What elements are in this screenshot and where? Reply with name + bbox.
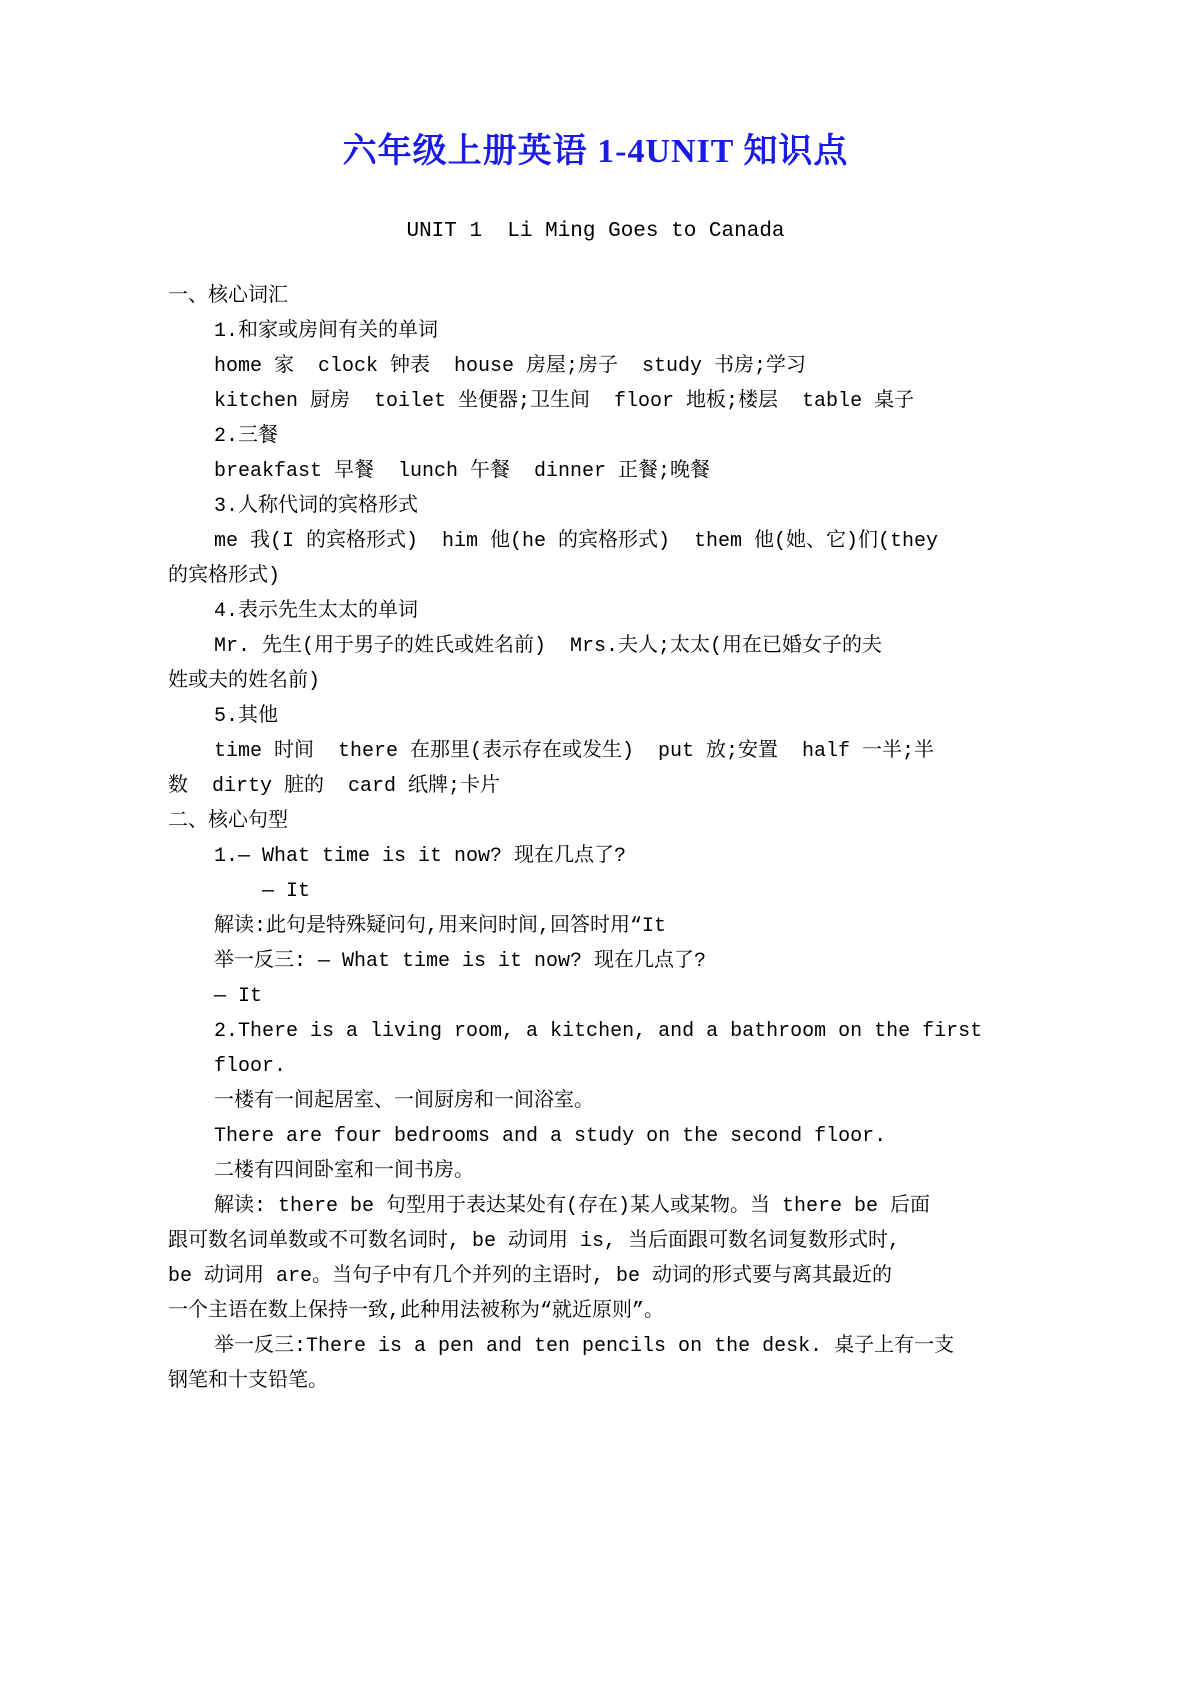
text-line: Mr. 先生(用于男子的姓氏或姓名前) Mrs.夫人;太太(用在已婚女子的夫 [168,629,1041,664]
text-line: 1.和家或房间有关的单词 [168,314,1041,349]
text-line: 2.三餐 [168,419,1041,454]
text-line: — It [168,979,1041,1014]
text-line: — It [168,874,1041,909]
text-line: 钢笔和十支铅笔。 [168,1364,1041,1399]
text-line: 举一反三:There is a pen and ten pencils on t… [168,1329,1041,1364]
text-line: 解读: there be 句型用于表达某处有(存在)某人或某物。当 there … [168,1189,1041,1224]
text-line: 一楼有一间起居室、一间厨房和一间浴室。 [168,1084,1041,1119]
text-line: 二楼有四间卧室和一间书房。 [168,1154,1041,1189]
text-line: be 动词用 are。当句子中有几个并列的主语时, be 动词的形式要与离其最近… [168,1259,1041,1294]
text-line: 数 dirty 脏的 card 纸牌;卡片 [168,769,1041,804]
text-line: 3.人称代词的宾格形式 [168,489,1041,524]
text-line: 的宾格形式) [168,559,1041,594]
text-line: There are four bedrooms and a study on t… [168,1119,1041,1154]
unit-heading: UNIT 1 Li Ming Goes to Canada [168,214,1023,249]
text-line: 举一反三: — What time is it now? 现在几点了? [168,944,1041,979]
text-line: kitchen 厨房 toilet 坐便器;卫生间 floor 地板;楼层 ta… [168,384,1041,419]
text-line: 1.— What time is it now? 现在几点了? [168,839,1041,874]
text-line: 姓或夫的姓名前) [168,664,1041,699]
text-line: 一个主语在数上保持一致,此种用法被称为“就近原则”。 [168,1294,1041,1329]
text-line: 二、核心句型 [168,804,1041,839]
text-line: home 家 clock 钟表 house 房屋;房子 study 书房;学习 [168,349,1041,384]
text-line: 一、核心词汇 [168,279,1041,314]
document-title: 六年级上册英语 1-4UNIT 知识点 [168,128,1023,176]
text-line: 5.其他 [168,699,1041,734]
text-line: 解读:此句是特殊疑问句,用来问时间,回答时用“It [168,909,1041,944]
document-body: 一、核心词汇1.和家或房间有关的单词home 家 clock 钟表 house … [168,279,1041,1399]
text-line: time 时间 there 在那里(表示存在或发生) put 放;安置 half… [168,734,1041,769]
text-line: me 我(I 的宾格形式) him 他(he 的宾格形式) them 他(她、它… [168,524,1041,559]
document-page: 六年级上册英语 1-4UNIT 知识点 UNIT 1 Li Ming Goes … [0,0,1191,1684]
text-line: breakfast 早餐 lunch 午餐 dinner 正餐;晚餐 [168,454,1041,489]
text-line: 4.表示先生太太的单词 [168,594,1041,629]
text-line: 跟可数名词单数或不可数名词时, be 动词用 is, 当后面跟可数名词复数形式时… [168,1224,1041,1259]
text-line: 2.There is a living room, a kitchen, and… [168,1014,1041,1084]
